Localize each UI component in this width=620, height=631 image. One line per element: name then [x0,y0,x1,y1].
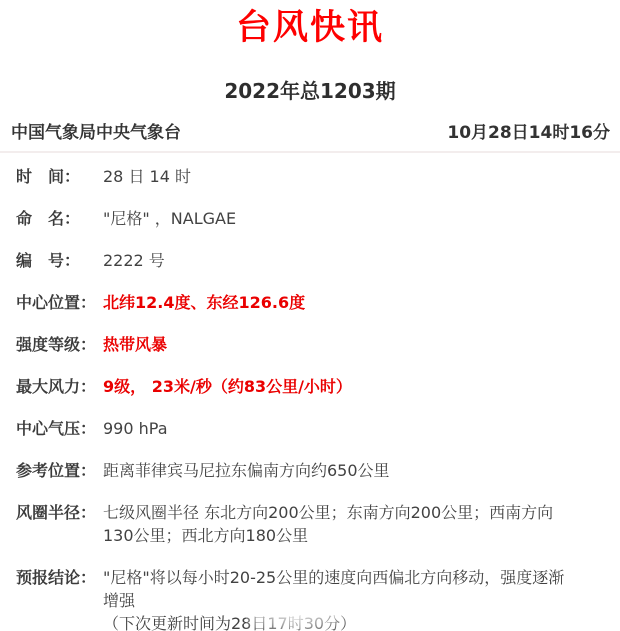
field-row-center-position: 中心位置： 北纬12.4度、东经126.6度 [16,291,610,314]
field-value-center-position: 北纬12.4度、东经126.6度 [103,291,305,314]
fields-list: 时 间： 28 日 14 时 命 名： "尼格" ，NALGAE 编 号： 22… [0,153,620,631]
field-label-name: 命 名： [16,207,103,230]
field-value-wind-circle-radius: 七级风圈半径 东北方向200公里；东南方向200公里；西南方向130公里；西北方… [103,501,573,547]
field-row-time: 时 间： 28 日 14 时 [16,165,610,188]
field-label-number: 编 号： [16,249,103,272]
forecast-next-update: （下次更新时间为28日17时30分） [103,612,573,631]
field-value-number: 2222 号 [103,249,165,272]
field-label-wind-circle-radius: 风圈半径： [16,501,103,547]
field-value-name: "尼格" ，NALGAE [103,207,236,230]
issue-number: 2022年总1203期 [0,80,620,103]
field-row-max-wind: 最大风力： 9级， 23米/秒（约83公里/小时） [16,375,610,398]
field-label-central-pressure: 中心气压： [16,417,103,440]
field-row-central-pressure: 中心气压： 990 hPa [16,417,610,440]
agency-name: 中国气象局中央气象台 [11,123,181,143]
field-value-central-pressure: 990 hPa [103,417,168,440]
field-value-time: 28 日 14 时 [103,165,191,188]
typhoon-bulletin: 台风快讯 2022年总1203期 中国气象局中央气象台 10月28日14时16分… [0,0,620,631]
field-value-max-wind: 9级， 23米/秒（约83公里/小时） [103,375,352,398]
field-label-time: 时 间： [16,165,103,188]
issue-datetime: 10月28日14时16分 [447,123,610,143]
field-value-intensity: 热带风暴 [103,333,167,356]
field-row-reference-position: 参考位置： 距离菲律宾马尼拉东偏南方向约650公里 [16,459,610,482]
field-row-wind-circle-radius: 风圈半径： 七级风圈半径 东北方向200公里；东南方向200公里；西南方向130… [16,501,610,547]
page-title: 台风快讯 [0,0,620,48]
field-row-name: 命 名： "尼格" ，NALGAE [16,207,610,230]
header-row: 中国气象局中央气象台 10月28日14时16分 [0,123,620,143]
field-row-forecast-conclusion: 预报结论： "尼格"将以每小时20-25公里的速度向西偏北方向移动，强度逐渐增强… [16,566,610,631]
field-label-max-wind: 最大风力： [16,375,103,398]
field-label-center-position: 中心位置： [16,291,103,314]
field-row-number: 编 号： 2222 号 [16,249,610,272]
field-label-forecast-conclusion: 预报结论： [16,566,103,631]
forecast-text: "尼格"将以每小时20-25公里的速度向西偏北方向移动，强度逐渐增强 [103,566,573,612]
field-label-reference-position: 参考位置： [16,459,103,482]
field-value-forecast-conclusion: "尼格"将以每小时20-25公里的速度向西偏北方向移动，强度逐渐增强 （下次更新… [103,566,573,631]
field-row-intensity: 强度等级： 热带风暴 [16,333,610,356]
field-value-reference-position: 距离菲律宾马尼拉东偏南方向约650公里 [103,459,390,482]
field-label-intensity: 强度等级： [16,333,103,356]
